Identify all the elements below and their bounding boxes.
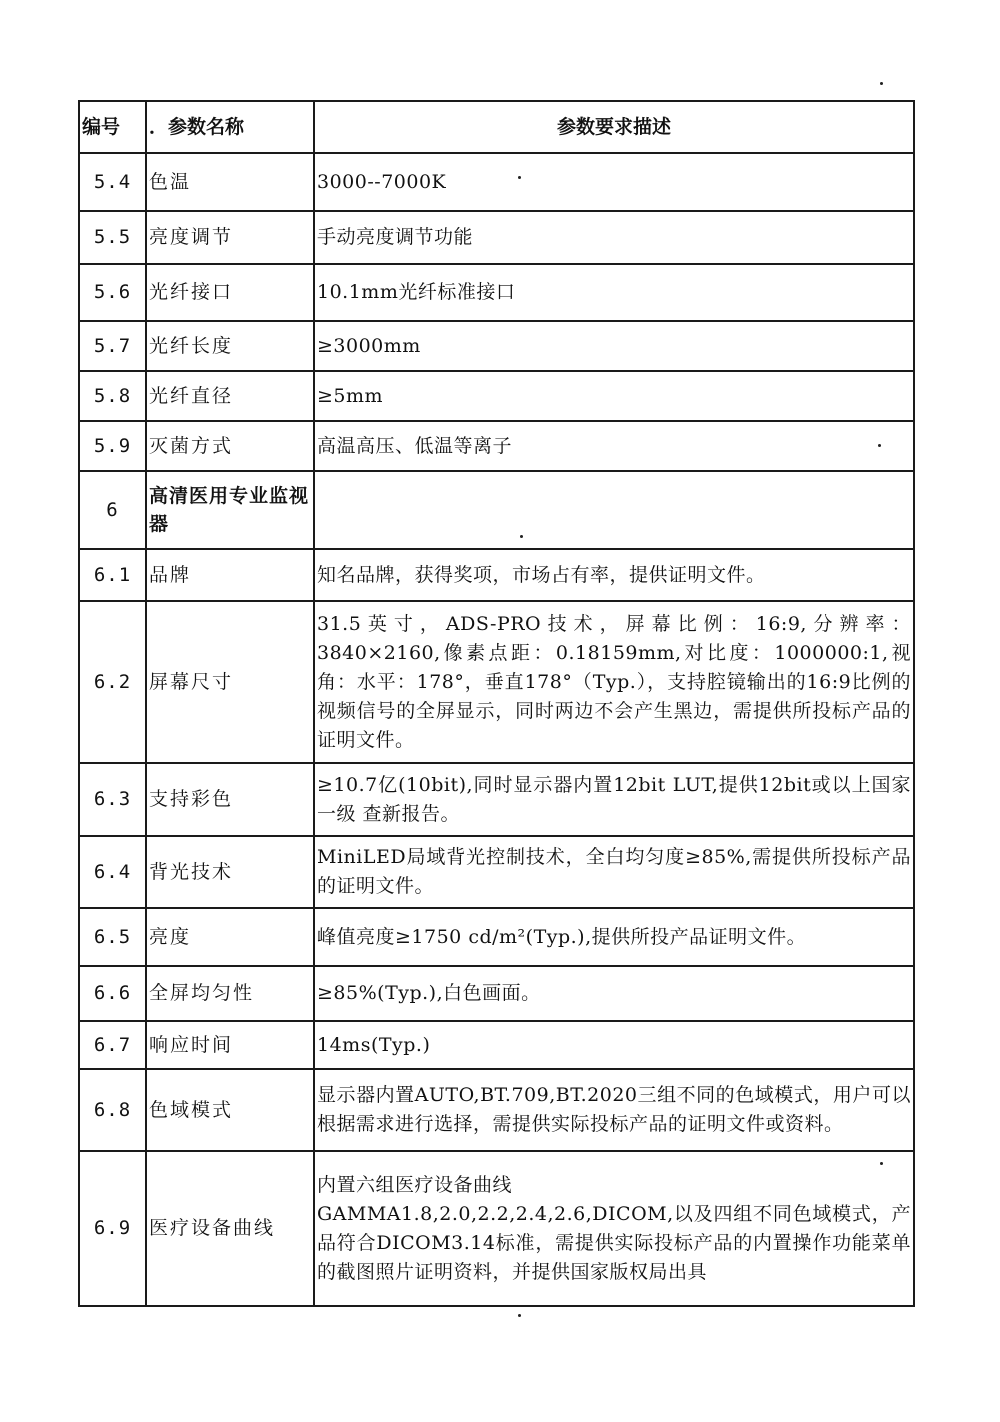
row-name: 医疗设备曲线	[146, 1151, 314, 1306]
row-no: 6.7	[79, 1021, 146, 1069]
table-row: 6.5 亮度 峰值亮度≥1750 cd/m²(Typ.),提供所投产品证明文件。	[79, 908, 914, 966]
table-row: 6.2 屏幕尺寸 31.5英寸，ADS-PRO技术，屏幕比例：16:9,分辨率：…	[79, 601, 914, 763]
table-row: 6.1 品牌 知名品牌，获得奖项，市场占有率，提供证明文件。	[79, 549, 914, 601]
document-page: 编号 ．参数名称 参数要求描述 5.4 色温 3000--7000K 5.5 亮…	[0, 0, 1000, 1422]
row-desc: 14ms(Typ.)	[314, 1021, 914, 1069]
spec-table: 编号 ．参数名称 参数要求描述 5.4 色温 3000--7000K 5.5 亮…	[78, 100, 915, 1307]
row-no: 5.6	[79, 264, 146, 321]
row-name: 光纤接口	[146, 264, 314, 321]
row-name: 色域模式	[146, 1069, 314, 1151]
scan-speck	[878, 444, 881, 447]
row-name: 光纤直径	[146, 371, 314, 421]
row-name: 色温	[146, 153, 314, 211]
row-desc: ≥5mm	[314, 371, 914, 421]
row-name: 光纤长度	[146, 321, 314, 371]
row-desc: 高温高压、低温等离子	[314, 421, 914, 471]
row-no: 6	[79, 471, 146, 549]
table-row: 6.6 全屏均匀性 ≥85%(Typ.),白色画面。	[79, 966, 914, 1021]
row-no: 6.4	[79, 836, 146, 908]
row-no: 5.5	[79, 211, 146, 264]
table-row: 6.3 支持彩色 ≥10.7亿(10bit),同时显示器内置12bit LUT,…	[79, 763, 914, 836]
table-row: 5.4 色温 3000--7000K	[79, 153, 914, 211]
table-row: 5.9 灭菌方式 高温高压、低温等离子	[79, 421, 914, 471]
scan-speck	[520, 535, 523, 538]
row-desc: 3000--7000K	[314, 153, 914, 211]
row-name: 响应时间	[146, 1021, 314, 1069]
table-row: 6.9 医疗设备曲线 内置六组医疗设备曲线 GAMMA1.8,2.0,2.2,2…	[79, 1151, 914, 1306]
row-no: 6.9	[79, 1151, 146, 1306]
row-no: 5.7	[79, 321, 146, 371]
table-row: 6.8 色域模式 显示器内置AUTO,BT.709,BT.2020三组不同的色域…	[79, 1069, 914, 1151]
header-desc: 参数要求描述	[314, 101, 914, 153]
row-name: 品牌	[146, 549, 314, 601]
row-name: 全屏均匀性	[146, 966, 314, 1021]
row-desc: 手动亮度调节功能	[314, 211, 914, 264]
row-name: 灭菌方式	[146, 421, 314, 471]
row-desc: 峰值亮度≥1750 cd/m²(Typ.),提供所投产品证明文件。	[314, 908, 914, 966]
row-name: 背光技术	[146, 836, 314, 908]
row-name: 亮度	[146, 908, 314, 966]
row-no: 5.9	[79, 421, 146, 471]
table-section-row: 6 高清医用专业监视器	[79, 471, 914, 549]
row-name: 屏幕尺寸	[146, 601, 314, 763]
row-desc: 10.1mm光纤标准接口	[314, 264, 914, 321]
row-desc	[314, 471, 914, 549]
table-header-row: 编号 ．参数名称 参数要求描述	[79, 101, 914, 153]
row-desc-line1: 内置六组医疗设备曲线	[317, 1171, 911, 1200]
row-no: 6.5	[79, 908, 146, 966]
row-no: 5.4	[79, 153, 146, 211]
row-desc: 内置六组医疗设备曲线 GAMMA1.8,2.0,2.2,2.4,2.6,DICO…	[314, 1151, 914, 1306]
scan-speck	[518, 1314, 521, 1317]
row-no: 5.8	[79, 371, 146, 421]
row-desc: 知名品牌，获得奖项，市场占有率，提供证明文件。	[314, 549, 914, 601]
row-no: 6.1	[79, 549, 146, 601]
table-row: 5.6 光纤接口 10.1mm光纤标准接口	[79, 264, 914, 321]
header-no: 编号	[79, 101, 146, 153]
row-name: 亮度调节	[146, 211, 314, 264]
row-name: 高清医用专业监视器	[146, 471, 314, 549]
table-row: 5.5 亮度调节 手动亮度调节功能	[79, 211, 914, 264]
row-desc: ≥10.7亿(10bit),同时显示器内置12bit LUT,提供12bit或以…	[314, 763, 914, 836]
row-desc: ≥3000mm	[314, 321, 914, 371]
table-row: 5.8 光纤直径 ≥5mm	[79, 371, 914, 421]
table-row: 6.7 响应时间 14ms(Typ.)	[79, 1021, 914, 1069]
scan-speck	[518, 176, 521, 179]
row-name: 支持彩色	[146, 763, 314, 836]
row-no: 6.2	[79, 601, 146, 763]
row-desc-rest: GAMMA1.8,2.0,2.2,2.4,2.6,DICOM,以及四组不同色域模…	[317, 1200, 911, 1287]
row-desc: ≥85%(Typ.),白色画面。	[314, 966, 914, 1021]
table-row: 5.7 光纤长度 ≥3000mm	[79, 321, 914, 371]
row-desc: 显示器内置AUTO,BT.709,BT.2020三组不同的色域模式，用户可以根据…	[314, 1069, 914, 1151]
row-no: 6.8	[79, 1069, 146, 1151]
row-no: 6.6	[79, 966, 146, 1021]
table-row: 6.4 背光技术 MiniLED局域背光控制技术，全白均匀度≥85%,需提供所投…	[79, 836, 914, 908]
header-name: ．参数名称	[146, 101, 314, 153]
row-desc: MiniLED局域背光控制技术，全白均匀度≥85%,需提供所投标产品的证明文件。	[314, 836, 914, 908]
scan-speck	[880, 82, 883, 85]
row-no: 6.3	[79, 763, 146, 836]
scan-speck	[880, 1162, 883, 1165]
row-desc: 31.5英寸，ADS-PRO技术，屏幕比例：16:9,分辨率：3840×2160…	[314, 601, 914, 763]
